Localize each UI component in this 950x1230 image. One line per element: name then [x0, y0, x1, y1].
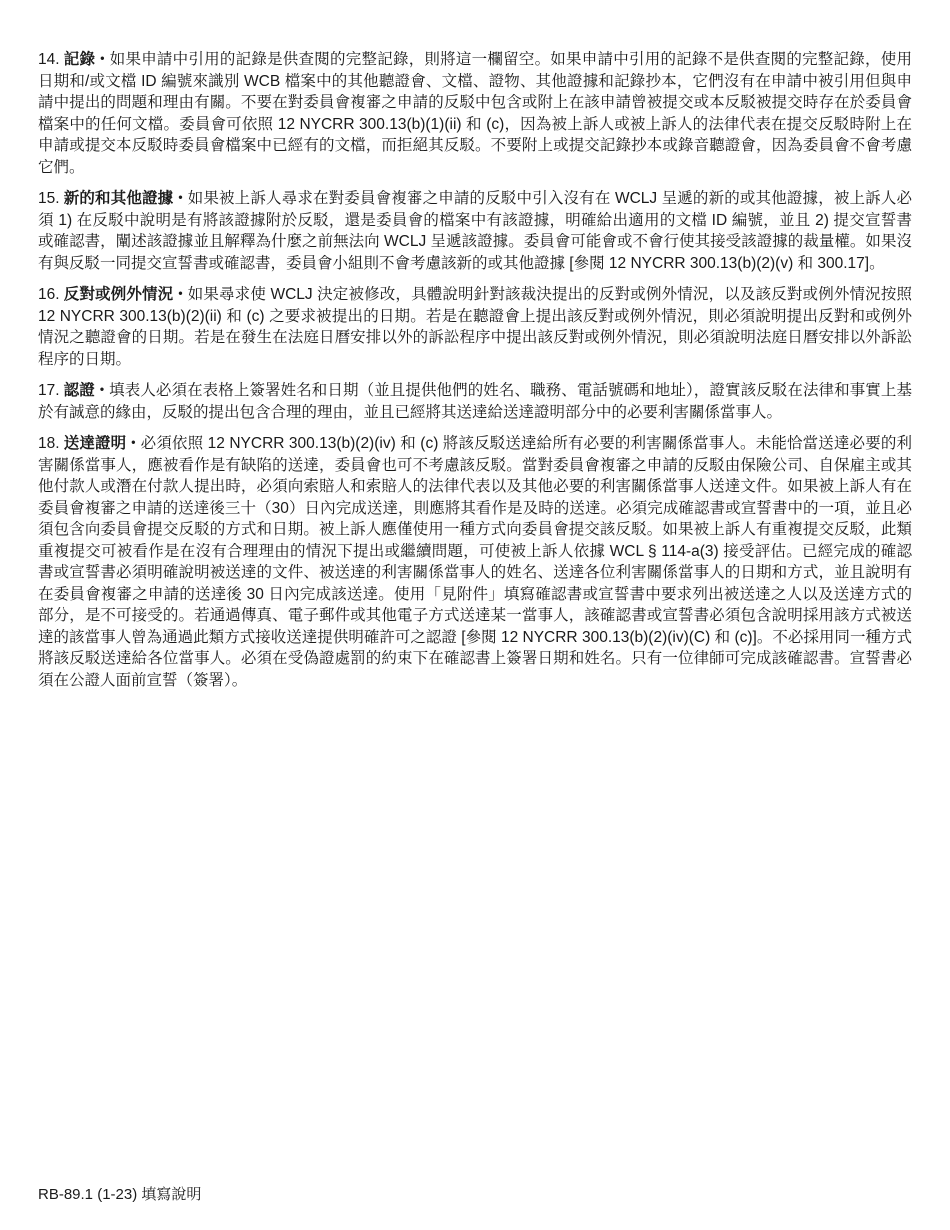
document-page: 14.記錄•如果申請中引用的記錄是供查閱的完整記錄，則將這一欄留空。如果申請中引…: [0, 0, 950, 1230]
heading-bullet: •: [178, 286, 182, 300]
heading-bullet: •: [100, 382, 104, 396]
paragraph-heading: 送達證明: [64, 435, 127, 452]
instruction-paragraph-17: 17.認證•填表人必須在表格上簽署姓名和日期（並且提供他們的姓名、職務、電話號碼…: [38, 379, 912, 423]
instruction-paragraph-14: 14.記錄•如果申請中引用的記錄是供查閱的完整記錄，則將這一欄留空。如果申請中引…: [38, 48, 912, 178]
paragraph-body: 如果申請中引用的記錄是供查閱的完整記錄，則將這一欄留空。如果申請中引用的記錄不是…: [38, 51, 912, 176]
paragraph-number: 17.: [38, 382, 60, 399]
paragraph-number: 18.: [38, 435, 60, 452]
paragraph-heading: 記錄: [64, 51, 96, 68]
heading-bullet: •: [131, 435, 135, 449]
heading-bullet: •: [100, 51, 104, 65]
heading-bullet: •: [178, 190, 182, 204]
paragraph-number: 14.: [38, 51, 60, 68]
paragraph-heading: 新的和其他證據: [64, 190, 174, 207]
paragraph-body: 填表人必須在表格上簽署姓名和日期（並且提供他們的姓名、職務、電話號碼和地址），證…: [38, 382, 912, 421]
instruction-paragraph-18: 18.送達證明•必須依照 12 NYCRR 300.13(b)(2)(iv) 和…: [38, 432, 912, 691]
instructions-content: 14.記錄•如果申請中引用的記錄是供查閱的完整記錄，則將這一欄留空。如果申請中引…: [0, 0, 950, 691]
paragraph-number: 15.: [38, 190, 60, 207]
instruction-paragraph-15: 15.新的和其他證據•如果被上訴人尋求在對委員會複審之申請的反駁中引入沒有在 W…: [38, 187, 912, 274]
form-id-footer: RB-89.1 (1-23) 填寫說明: [38, 1186, 201, 1204]
instruction-paragraph-16: 16.反對或例外情況•如果尋求使 WCLJ 決定被修改，具體說明針對該裁決提出的…: [38, 283, 912, 370]
paragraph-body: 必須依照 12 NYCRR 300.13(b)(2)(iv) 和 (c) 將該反…: [38, 435, 912, 689]
paragraph-heading: 反對或例外情況: [64, 286, 174, 303]
paragraph-heading: 認證: [64, 382, 95, 399]
paragraph-number: 16.: [38, 286, 60, 303]
